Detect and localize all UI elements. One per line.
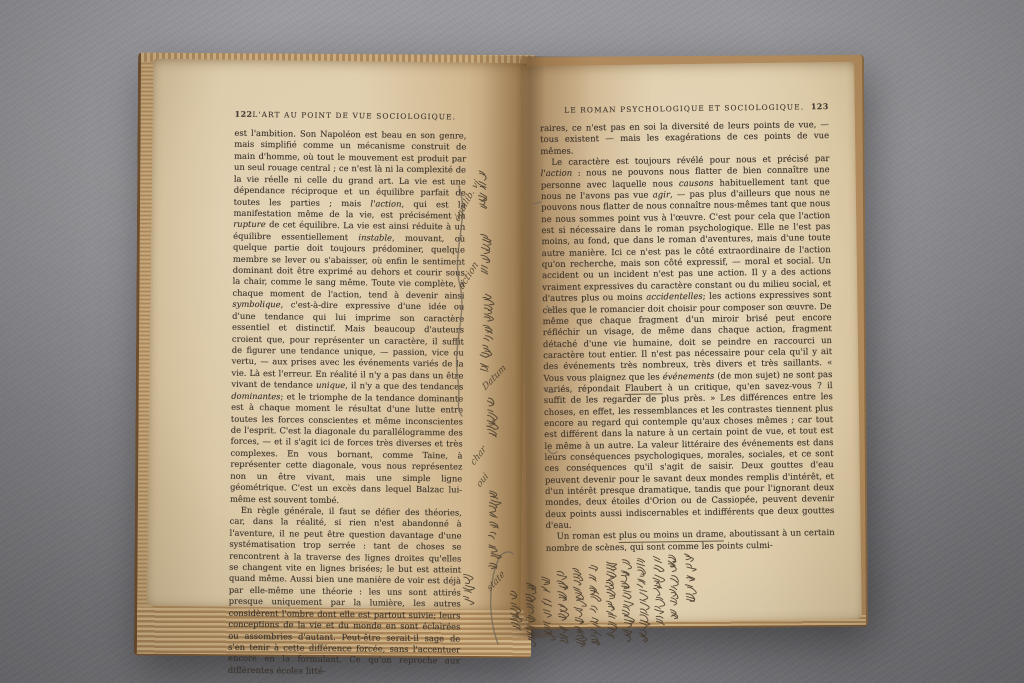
right-page-body: raires, ce n'est pas en soi la diversité… (540, 120, 835, 555)
left-page-body: est l'ambition. Son Napoléon est beau en… (228, 128, 467, 679)
right-page-number: 123 (811, 102, 829, 111)
paragraph: En règle générale, il faut se défier des… (228, 505, 462, 679)
paragraph: Un roman est plus ou moins un drame, abo… (546, 528, 835, 555)
paragraph: raires, ce n'est pas en soi la diversité… (540, 120, 829, 158)
left-page-header: 122 L'ART AU POINT DE VUE SOCIOLOGIQUE. (235, 110, 467, 122)
right-page-text: LE ROMAN PSYCHOLOGIQUE ET SOCIOLOGIQUE. … (540, 102, 835, 555)
left-page-number: 122 (235, 110, 253, 119)
paragraph: est l'ambition. Son Napoléon est beau en… (230, 128, 467, 508)
right-running-title: LE ROMAN PSYCHOLOGIQUE ET SOCIOLOGIQUE. (564, 102, 804, 114)
right-page-header: LE ROMAN PSYCHOLOGIQUE ET SOCIOLOGIQUE. … (540, 102, 829, 115)
photo-background: 122 L'ART AU POINT DE VUE SOCIOLOGIQUE. … (0, 0, 1024, 683)
left-page-text: 122 L'ART AU POINT DE VUE SOCIOLOGIQUE. … (228, 110, 467, 679)
left-page: 122 L'ART AU POINT DE VUE SOCIOLOGIQUE. … (147, 59, 528, 611)
paragraph: Le caractère est toujours révélé pour no… (540, 154, 834, 532)
left-running-title: L'ART AU POINT DE VUE SOCIOLOGIQUE. (252, 110, 456, 121)
book: 122 L'ART AU POINT DE VUE SOCIOLOGIQUE. … (0, 0, 1024, 683)
right-page: LE ROMAN PSYCHOLOGIQUE ET SOCIOLOGIQUE. … (520, 62, 862, 624)
